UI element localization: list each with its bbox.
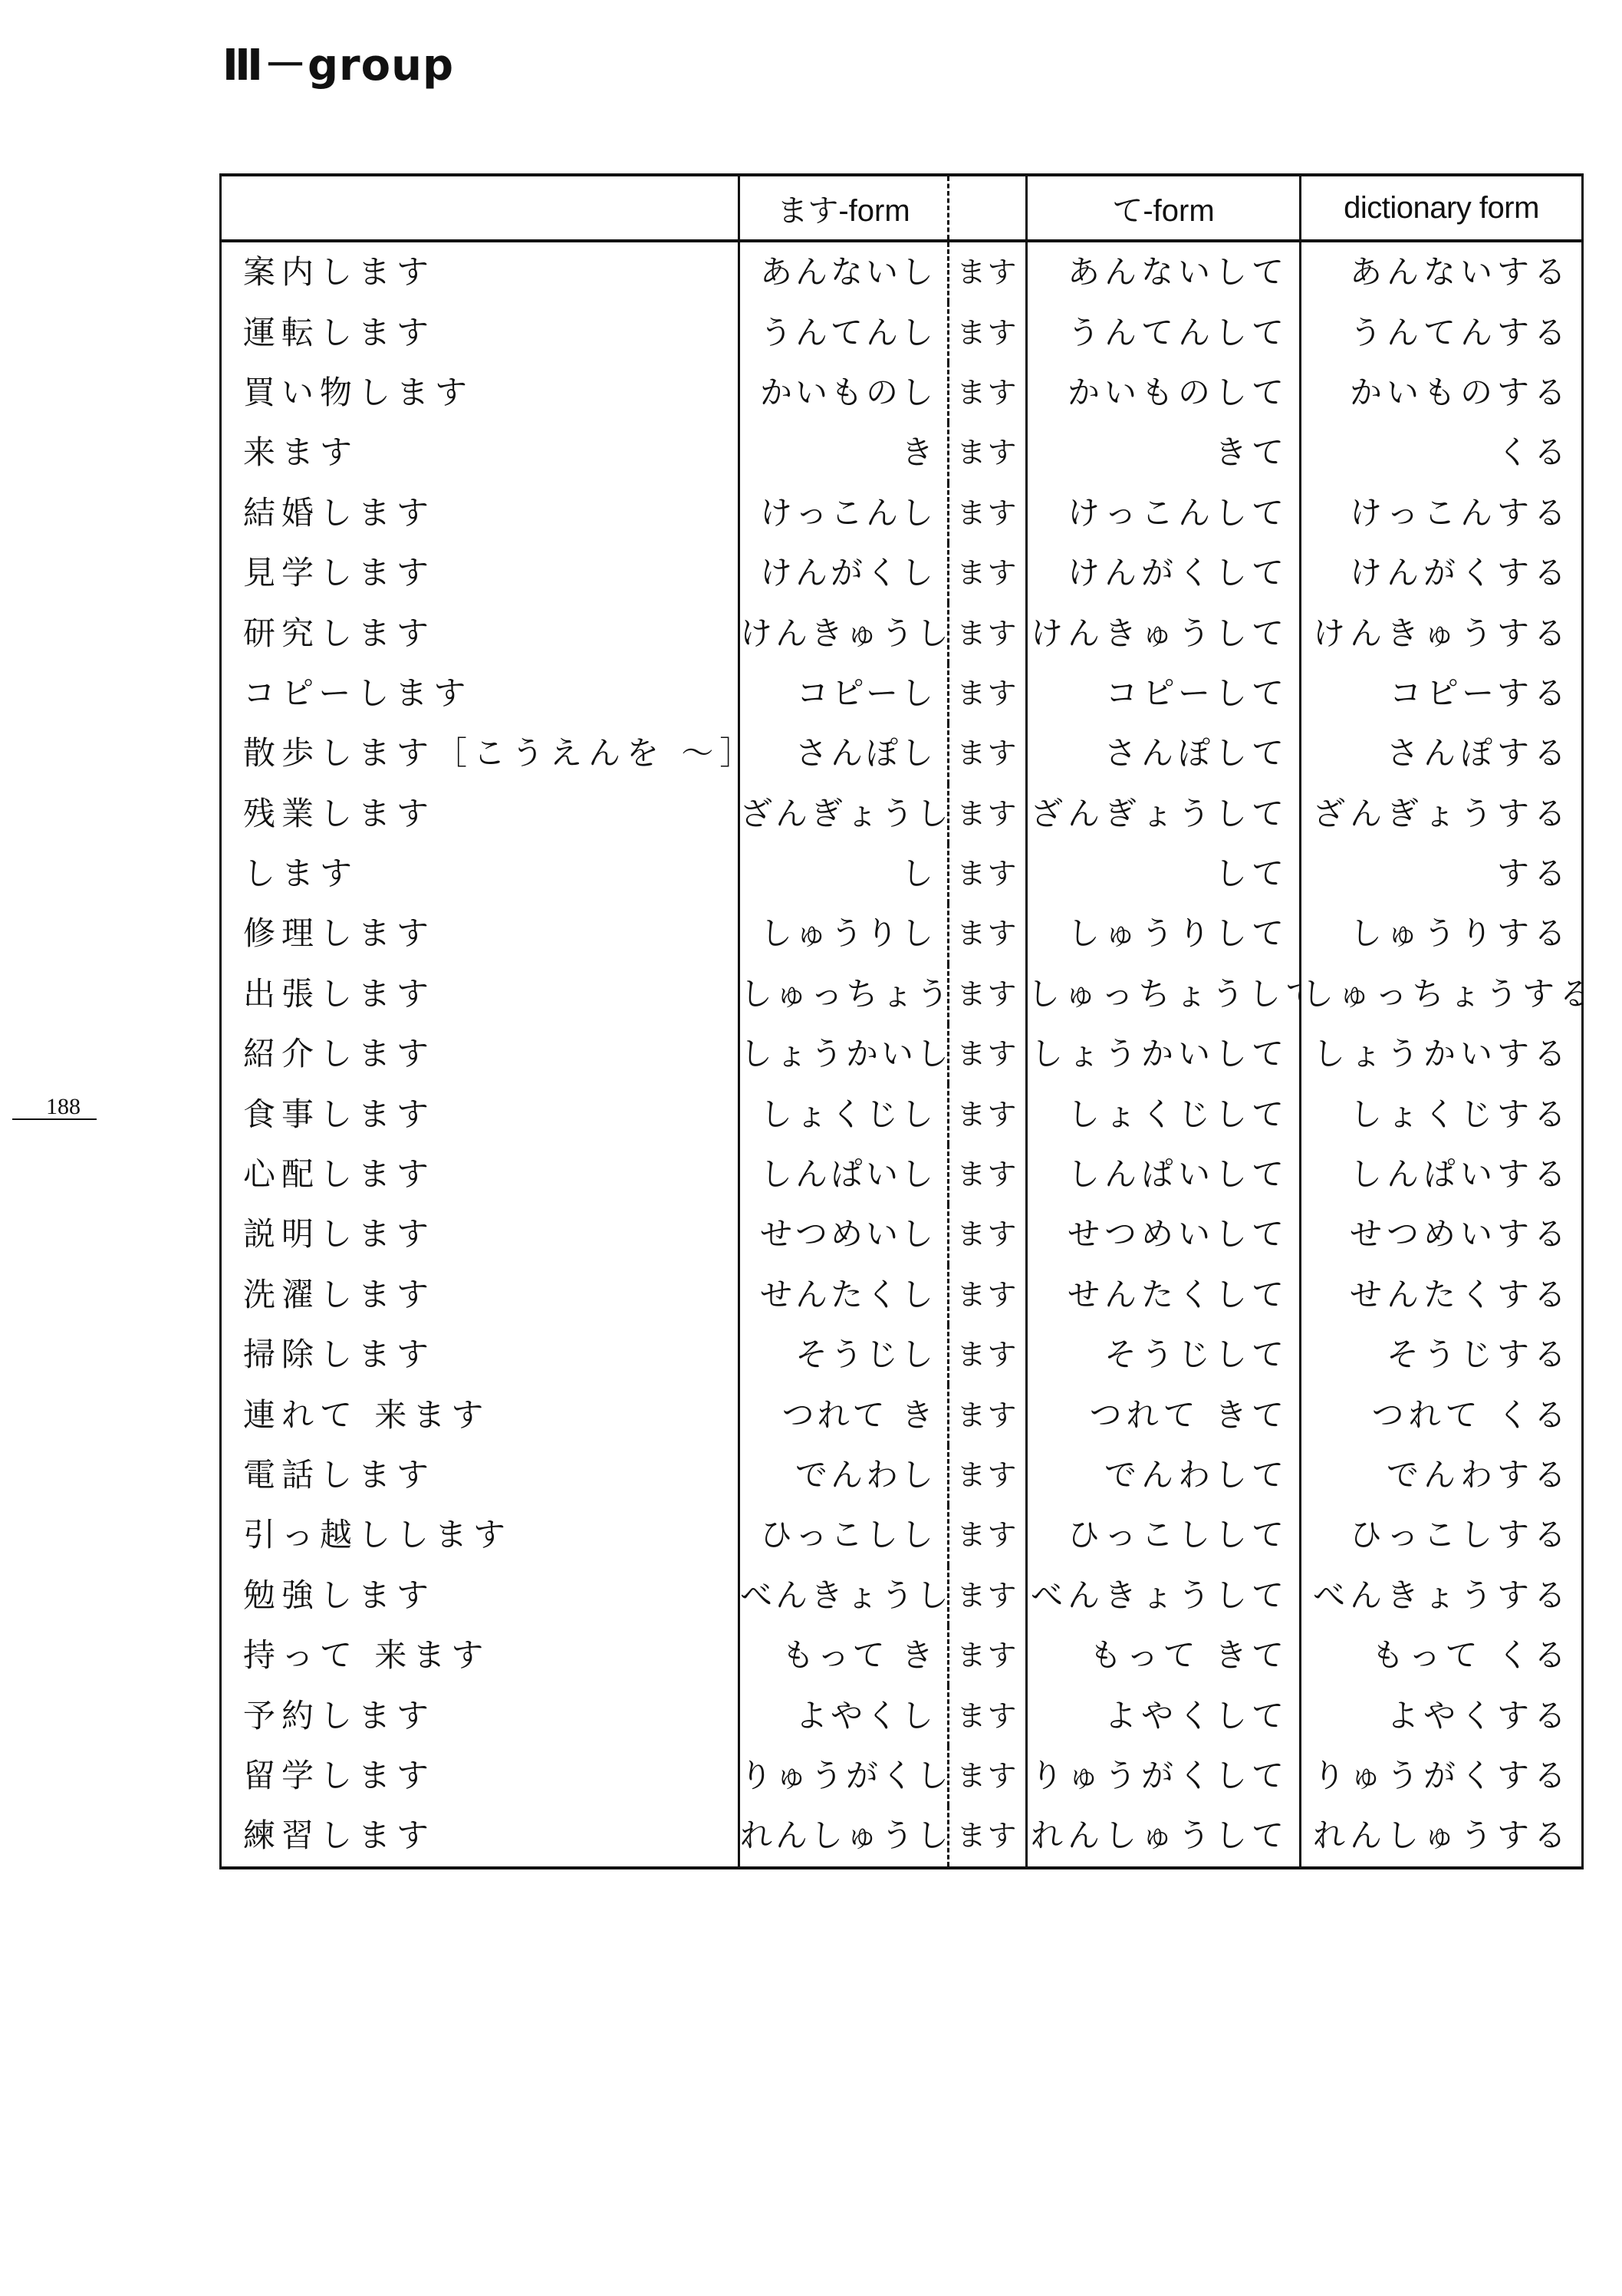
masu-suffix-cell: ます [949, 784, 1027, 844]
dictionary-form-cell: うんてんする [1301, 302, 1583, 362]
dictionary-form-cell: でんわする [1301, 1445, 1583, 1505]
dictionary-form-cell: けんきゅうする [1301, 603, 1583, 663]
table-row: 勉強します べんきょうし ます べんきょうして べんきょうする [221, 1566, 1583, 1626]
table-row: 連れて 来ます つれて き ます つれて きて つれて くる [221, 1385, 1583, 1444]
table-row: 予約します よやくし ます よやくして よやくする [221, 1685, 1583, 1745]
verb-cell: 電話します [221, 1445, 739, 1505]
verb-cell: 練習します [221, 1806, 739, 1867]
te-form-cell: うんてんして [1027, 302, 1301, 362]
dictionary-form-cell: けっこんする [1301, 483, 1583, 543]
dictionary-form-cell: かいものする [1301, 363, 1583, 423]
table-row: 洗濯します せんたくし ます せんたくして せんたくする [221, 1265, 1583, 1325]
dictionary-form-cell: する [1301, 844, 1583, 904]
masu-suffix-cell: ます [949, 1145, 1027, 1204]
verb-cell: 来ます [221, 423, 739, 483]
masu-stem-cell: あんないし [739, 241, 949, 302]
masu-stem-cell: せんたくし [739, 1265, 949, 1325]
verb-cell: 買い物します [221, 363, 739, 423]
dictionary-form-cell: べんきょうする [1301, 1566, 1583, 1626]
verb-cell: 紹介します [221, 1024, 739, 1084]
masu-suffix-cell: ます [949, 1626, 1027, 1685]
masu-stem-cell: ざんぎょうし [739, 784, 949, 844]
page-title: Ⅲ－group [222, 44, 454, 87]
masu-stem-cell: さんぽし [739, 723, 949, 783]
te-form-cell: しゅうりして [1027, 904, 1301, 964]
table-row: 留学します りゅうがくし ます りゅうがくして りゅうがくする [221, 1746, 1583, 1806]
verb-cell: します [221, 844, 739, 904]
masu-suffix-cell: ます [949, 603, 1027, 663]
verb-cell: 引っ越しします [221, 1505, 739, 1565]
te-form-cell: ざんぎょうして [1027, 784, 1301, 844]
dictionary-form-cell: さんぽする [1301, 723, 1583, 783]
verb-cell: 食事します [221, 1084, 739, 1144]
verb-cell: 留学します [221, 1746, 739, 1806]
te-form-cell: けんきゅうして [1027, 603, 1301, 663]
masu-suffix-cell: ます [949, 302, 1027, 362]
dictionary-form-cell: りゅうがくする [1301, 1746, 1583, 1806]
masu-stem-cell: しんぱいし [739, 1145, 949, 1204]
table-row: 心配します しんぱいし ます しんぱいして しんぱいする [221, 1145, 1583, 1204]
table-row: 出張します しゅっちょうし ます しゅっちょうして しゅっちょうする [221, 964, 1583, 1024]
masu-suffix-cell: ます [949, 1746, 1027, 1806]
masu-stem-cell: りゅうがくし [739, 1746, 949, 1806]
verb-cell: 心配します [221, 1145, 739, 1204]
page-number: 188 [46, 1095, 81, 1118]
header-masu-suffix [949, 175, 1027, 241]
header-row: ます-form て-form dictionary form [221, 175, 1583, 241]
dictionary-form-cell: ひっこしする [1301, 1505, 1583, 1565]
masu-suffix-cell: ます [949, 423, 1027, 483]
masu-suffix-cell: ます [949, 1685, 1027, 1745]
verb-cell: 出張します [221, 964, 739, 1024]
masu-stem-cell: しゅっちょうし [739, 964, 949, 1024]
masu-stem-cell: し [739, 844, 949, 904]
te-form-cell: しゅっちょうして [1027, 964, 1301, 1024]
te-form-cell: よやくして [1027, 1685, 1301, 1745]
masu-stem-cell: れんしゅうし [739, 1806, 949, 1867]
masu-suffix-cell: ます [949, 363, 1027, 423]
masu-stem-cell: そうじし [739, 1325, 949, 1385]
verb-cell: 説明します [221, 1204, 739, 1264]
verb-cell: 掃除します [221, 1325, 739, 1385]
table-row: 来ます き ます きて くる [221, 423, 1583, 483]
dictionary-form-cell: れんしゅうする [1301, 1806, 1583, 1867]
table-row: 修理します しゅうりし ます しゅうりして しゅうりする [221, 904, 1583, 964]
verb-cell: 残業します [221, 784, 739, 844]
dictionary-form-cell: そうじする [1301, 1325, 1583, 1385]
masu-stem-cell: うんてんし [739, 302, 949, 362]
te-form-cell: べんきょうして [1027, 1566, 1301, 1626]
te-form-cell: かいものして [1027, 363, 1301, 423]
dictionary-form-cell: けんがくする [1301, 543, 1583, 603]
verb-conjugation-table-container: ます-form て-form dictionary form 案内します あんな… [219, 173, 1581, 1863]
table-row: 電話します でんわし ます でんわして でんわする [221, 1445, 1583, 1505]
dictionary-form-cell: しょうかいする [1301, 1024, 1583, 1084]
table-row: 持って 来ます もって き ます もって きて もって くる [221, 1626, 1583, 1685]
dictionary-form-cell: ざんぎょうする [1301, 784, 1583, 844]
table-row: 練習します れんしゅうし ます れんしゅうして れんしゅうする [221, 1806, 1583, 1867]
verb-cell: 研究します [221, 603, 739, 663]
masu-suffix-cell: ます [949, 1084, 1027, 1144]
verb-cell: 勉強します [221, 1566, 739, 1626]
masu-stem-cell: けんきゅうし [739, 603, 949, 663]
dictionary-form-cell: くる [1301, 423, 1583, 483]
te-form-cell: きて [1027, 423, 1301, 483]
table-body: 案内します あんないし ます あんないして あんないする 運転します うんてんし… [221, 241, 1583, 1868]
verb-cell: 案内します [221, 241, 739, 302]
verb-cell: 連れて 来ます [221, 1385, 739, 1444]
te-form-cell: しょくじして [1027, 1084, 1301, 1144]
table-row: 引っ越しします ひっこしし ます ひっこしして ひっこしする [221, 1505, 1583, 1565]
masu-stem-cell: せつめいし [739, 1204, 949, 1264]
dictionary-form-cell: よやくする [1301, 1685, 1583, 1745]
table-row: 研究します けんきゅうし ます けんきゅうして けんきゅうする [221, 603, 1583, 663]
masu-suffix-cell: ます [949, 1204, 1027, 1264]
masu-stem-cell: コピーし [739, 664, 949, 723]
dictionary-form-cell: しょくじする [1301, 1084, 1583, 1144]
masu-suffix-cell: ます [949, 1385, 1027, 1444]
te-form-cell: そうじして [1027, 1325, 1301, 1385]
masu-stem-cell: つれて き [739, 1385, 949, 1444]
verb-cell: 見学します [221, 543, 739, 603]
table-row: します し ます して する [221, 844, 1583, 904]
table-row: 残業します ざんぎょうし ます ざんぎょうして ざんぎょうする [221, 784, 1583, 844]
masu-suffix-cell: ます [949, 241, 1027, 302]
te-form-cell: して [1027, 844, 1301, 904]
masu-suffix-cell: ます [949, 1445, 1027, 1505]
masu-suffix-cell: ます [949, 964, 1027, 1024]
table-row: 運転します うんてんし ます うんてんして うんてんする [221, 302, 1583, 362]
verb-cell: 運転します [221, 302, 739, 362]
masu-suffix-cell: ます [949, 1325, 1027, 1385]
table-header: ます-form て-form dictionary form [221, 175, 1583, 241]
masu-suffix-cell: ます [949, 723, 1027, 783]
masu-stem-cell: しょくじし [739, 1084, 949, 1144]
verb-conjugation-table: ます-form て-form dictionary form 案内します あんな… [219, 173, 1584, 1869]
te-form-cell: つれて きて [1027, 1385, 1301, 1444]
verb-cell: 持って 来ます [221, 1626, 739, 1685]
masu-suffix-cell: ます [949, 1024, 1027, 1084]
page-number-rule [12, 1118, 97, 1120]
masu-suffix-cell: ます [949, 664, 1027, 723]
te-form-cell: もって きて [1027, 1626, 1301, 1685]
te-form-cell: けんがくして [1027, 543, 1301, 603]
verb-cell: 洗濯します [221, 1265, 739, 1325]
table-row: 掃除します そうじし ます そうじして そうじする [221, 1325, 1583, 1385]
dictionary-form-cell: しゅうりする [1301, 904, 1583, 964]
masu-stem-cell: でんわし [739, 1445, 949, 1505]
te-form-cell: しょうかいして [1027, 1024, 1301, 1084]
masu-stem-cell: しゅうりし [739, 904, 949, 964]
masu-stem-cell: もって き [739, 1626, 949, 1685]
header-verb [221, 175, 739, 241]
table-row: コピーします コピーし ます コピーして コピーする [221, 664, 1583, 723]
te-form-cell: せんたくして [1027, 1265, 1301, 1325]
te-form-cell: さんぽして [1027, 723, 1301, 783]
header-te-form: て-form [1027, 175, 1301, 241]
te-form-cell: コピーして [1027, 664, 1301, 723]
dictionary-form-cell: せんたくする [1301, 1265, 1583, 1325]
masu-suffix-cell: ます [949, 1806, 1027, 1867]
masu-stem-cell: き [739, 423, 949, 483]
table-row: 案内します あんないし ます あんないして あんないする [221, 241, 1583, 302]
masu-stem-cell: けっこんし [739, 483, 949, 543]
verb-cell: 修理します [221, 904, 739, 964]
header-masu-form: ます-form [739, 175, 949, 241]
masu-stem-cell: しょうかいし [739, 1024, 949, 1084]
te-form-cell: れんしゅうして [1027, 1806, 1301, 1867]
masu-suffix-cell: ます [949, 483, 1027, 543]
verb-cell: 予約します [221, 1685, 739, 1745]
masu-suffix-cell: ます [949, 543, 1027, 603]
te-form-cell: あんないして [1027, 241, 1301, 302]
masu-stem-cell: かいものし [739, 363, 949, 423]
dictionary-form-cell: あんないする [1301, 241, 1583, 302]
te-form-cell: せつめいして [1027, 1204, 1301, 1264]
masu-suffix-cell: ます [949, 904, 1027, 964]
dictionary-form-cell: しんぱいする [1301, 1145, 1583, 1204]
te-form-cell: りゅうがくして [1027, 1746, 1301, 1806]
table-row: 結婚します けっこんし ます けっこんして けっこんする [221, 483, 1583, 543]
masu-suffix-cell: ます [949, 844, 1027, 904]
masu-stem-cell: けんがくし [739, 543, 949, 603]
dictionary-form-cell: もって くる [1301, 1626, 1583, 1685]
masu-stem-cell: ひっこしし [739, 1505, 949, 1565]
table-row: 見学します けんがくし ます けんがくして けんがくする [221, 543, 1583, 603]
te-form-cell: でんわして [1027, 1445, 1301, 1505]
dictionary-form-cell: しゅっちょうする [1301, 964, 1583, 1024]
dictionary-form-cell: コピーする [1301, 664, 1583, 723]
te-form-cell: けっこんして [1027, 483, 1301, 543]
dictionary-form-cell: つれて くる [1301, 1385, 1583, 1444]
table-row: 説明します せつめいし ます せつめいして せつめいする [221, 1204, 1583, 1264]
verb-cell: 散歩します［こうえんを ～］ [221, 723, 739, 783]
table-row: 紹介します しょうかいし ます しょうかいして しょうかいする [221, 1024, 1583, 1084]
dictionary-form-cell: せつめいする [1301, 1204, 1583, 1264]
te-form-cell: しんぱいして [1027, 1145, 1301, 1204]
verb-cell: 結婚します [221, 483, 739, 543]
verb-cell: コピーします [221, 664, 739, 723]
te-form-cell: ひっこしして [1027, 1505, 1301, 1565]
masu-suffix-cell: ます [949, 1265, 1027, 1325]
table-row: 買い物します かいものし ます かいものして かいものする [221, 363, 1583, 423]
table-row: 散歩します［こうえんを ～］ さんぽし ます さんぽして さんぽする [221, 723, 1583, 783]
masu-stem-cell: よやくし [739, 1685, 949, 1745]
masu-suffix-cell: ます [949, 1566, 1027, 1626]
table-row: 食事します しょくじし ます しょくじして しょくじする [221, 1084, 1583, 1144]
masu-suffix-cell: ます [949, 1505, 1027, 1565]
masu-stem-cell: べんきょうし [739, 1566, 949, 1626]
header-dictionary-form: dictionary form [1301, 175, 1583, 241]
